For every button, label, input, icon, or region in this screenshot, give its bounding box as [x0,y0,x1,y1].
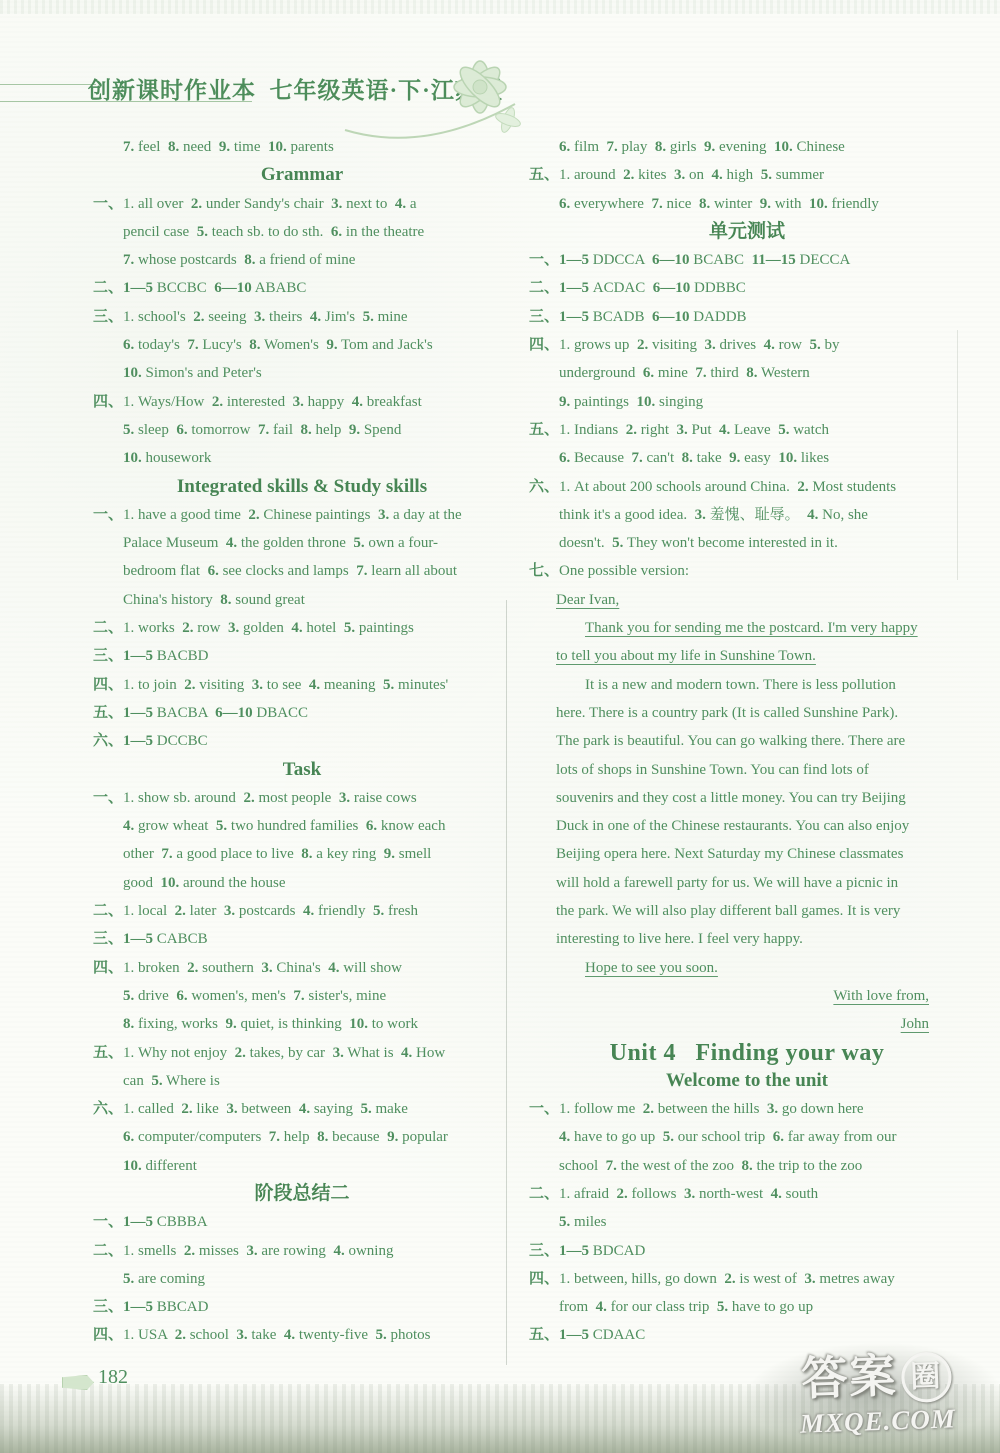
answer-line: It is a new and modern town. There is le… [529,671,965,699]
book-series: 创新课时作业本 [88,78,256,103]
answer-line: 四、1. to join 2. visiting 3. to see 4. me… [93,671,511,699]
answer-line: 三、1—5 BDCAD [529,1237,965,1265]
answer-line: 7. feel 8. need 9. time 10. parents [93,133,511,161]
answer-line: 四、1. between, hills, go down 2. is west … [529,1265,965,1293]
answer-line: 六、1. called 2. like 3. between 4. saying… [93,1095,511,1123]
answer-line: souvenirs and they cost a little money. … [529,784,965,812]
answer-line: 四、1. broken 2. southern 3. China's 4. wi… [93,954,511,982]
answer-line: The park is beautiful. You can go walkin… [529,727,965,755]
header-rule-top [0,84,96,101]
answer-line: 六、1. At about 200 schools around China. … [529,473,965,501]
scan-edge-texture [0,0,1000,14]
section-heading: Integrated skills & Study skills [93,473,511,501]
answer-line: good 10. around the house [93,869,511,897]
answer-line: 二、1. smells 2. misses 3. are rowing 4. o… [93,1237,511,1265]
answer-line: 二、1. local 2. later 3. postcards 4. frie… [93,897,511,925]
answer-line: 六、1—5 DCCBC [93,727,511,755]
answer-line: 10. Simon's and Peter's [93,359,511,387]
answer-line: 二、1. works 2. row 3. golden 4. hotel 5. … [93,614,511,642]
section-heading: Welcome to the unit [529,1067,965,1095]
answer-line: 一、1. have a good time 2. Chinese paintin… [93,501,511,529]
watermark-circle-icon: 圈 [901,1351,953,1403]
answer-line: Palace Museum 4. the golden throne 5. ow… [93,529,511,557]
answer-line: With love from, [529,982,965,1010]
section-heading: Grammar [93,161,511,189]
section-heading: 阶段总结二 [93,1180,511,1208]
answer-line: Hope to see you soon. [529,954,965,982]
answer-line: the park. We will also play different ba… [529,897,965,925]
answer-line: 五、1. Why not enjoy 2. takes, by car 3. W… [93,1039,511,1067]
answer-line: 5. are coming [93,1265,511,1293]
answer-line: 7. whose postcards 8. a friend of mine [93,246,511,274]
answer-line: 一、1. follow me 2. between the hills 3. g… [529,1095,965,1123]
answer-line: 6. Because 7. can't 8. take 9. easy 10. … [529,444,965,472]
answer-line: 二、1—5 ACDAC 6—10 DDBBC [529,274,965,302]
answer-line: from 4. for our class trip 5. have to go… [529,1293,965,1321]
answer-line: Thank you for sending me the postcard. I… [529,614,965,642]
answer-line: 三、1—5 BCADB 6—10 DADDB [529,303,965,331]
section-heading: Task [93,756,511,784]
answer-line: 5. sleep 6. tomorrow 7. fail 8. help 9. … [93,416,511,444]
answer-line: 三、1—5 BBCAD [93,1293,511,1321]
answer-line: can 5. Where is [93,1067,511,1095]
answer-line: 5. drive 6. women's, men's 7. sister's, … [93,982,511,1010]
answer-line: 6. film 7. play 8. girls 9. evening 10. … [529,133,965,161]
answer-line: John [529,1010,965,1038]
answer-line: Beijing opera here. Next Saturday my Chi… [529,840,965,868]
answer-line: school 7. the west of the zoo 8. the tri… [529,1152,965,1180]
watermark-text: 答案 [801,1350,899,1404]
answer-line: think it's a good idea. 3. 羞愧、耻辱。 4. No,… [529,501,965,529]
answer-line: lots of shops in Sunshine Town. You can … [529,756,965,784]
answer-line: 五、1—5 BACBA 6—10 DBACC [93,699,511,727]
answer-line: 10. housework [93,444,511,472]
answer-line: 8. fixing, works 9. quiet, is thinking 1… [93,1010,511,1038]
answer-line: bedroom flat 6. see clocks and lamps 7. … [93,557,511,585]
section-heading: Unit 4 Finding your way [529,1039,965,1067]
answer-line: interesting to live here. I feel very ha… [529,925,965,953]
answer-line: 6. today's 7. Lucy's 8. Women's 9. Tom a… [93,331,511,359]
answer-line: doesn't. 5. They won't become interested… [529,529,965,557]
title-space [256,78,270,103]
answer-line: 四、1. grows up 2. visiting 3. drives 4. r… [529,331,965,359]
answer-line: 6. everywhere 7. nice 8. winter 9. with … [529,190,965,218]
answers-column-left: 7. feel 8. need 9. time 10. parentsGramm… [93,133,511,1350]
answer-line: China's history 8. sound great [93,586,511,614]
answer-line: pencil case 5. teach sb. to do sth. 6. i… [93,218,511,246]
answer-line: 七、One possible version: [529,557,965,585]
answer-line: 五、1. around 2. kites 3. on 4. high 5. su… [529,161,965,189]
answer-line: 一、1—5 DDCCA 6—10 BCABC 11—15 DECCA [529,246,965,274]
answer-line: 四、1. USA 2. school 3. take 4. twenty-fiv… [93,1321,511,1349]
section-heading: 单元测试 [529,218,965,246]
answer-line: 三、1—5 BACBD [93,642,511,670]
scan-edge-line [957,330,958,580]
answer-line: other 7. a good place to live 8. a key r… [93,840,511,868]
answer-line: Dear Ivan, [529,586,965,614]
scan-fold-line [506,600,507,1365]
answer-line: 一、1. show sb. around 2. most people 3. r… [93,784,511,812]
answer-line: 4. grow wheat 5. two hundred families 6.… [93,812,511,840]
answer-line: here. There is a country park (It is cal… [529,699,965,727]
answer-line: 6. computer/computers 7. help 8. because… [93,1123,511,1151]
answer-line: 10. different [93,1152,511,1180]
answer-line: Duck in one of the Chinese restaurants. … [529,812,965,840]
answer-line: underground 6. mine 7. third 8. Western [529,359,965,387]
page-number: 182 [98,1366,128,1389]
answers-column-right: 6. film 7. play 8. girls 9. evening 10. … [529,133,965,1350]
flower-icon [330,42,525,147]
answer-line: 5. miles [529,1208,965,1236]
answer-line: 五、1. Indians 2. right 3. Put 4. Leave 5.… [529,416,965,444]
answer-line: 四、1. Ways/How 2. interested 3. happy 4. … [93,388,511,416]
watermark: 答案圈 MXQE.COM [761,1348,994,1441]
answer-line: 9. paintings 10. singing [529,388,965,416]
answer-line: 二、1. afraid 2. follows 3. north-west 4. … [529,1180,965,1208]
answer-line: 三、1. school's 2. seeing 3. theirs 4. Jim… [93,303,511,331]
answer-line: to tell you about my life in Sunshine To… [529,642,965,670]
answer-line: 一、1—5 CBBBA [93,1208,511,1236]
answer-line: 三、1—5 CABCB [93,925,511,953]
answer-line: 一、1. all over 2. under Sandy's chair 3. … [93,190,511,218]
answer-line: will hold a farewell party for us. We wi… [529,869,965,897]
watermark-site: MXQE.COM [762,1402,993,1441]
answer-line: 二、1—5 BCCBC 6—10 ABABC [93,274,511,302]
watermark-logo: 答案圈 [761,1348,993,1408]
answer-line: 4. have to go up 5. our school trip 6. f… [529,1123,965,1151]
